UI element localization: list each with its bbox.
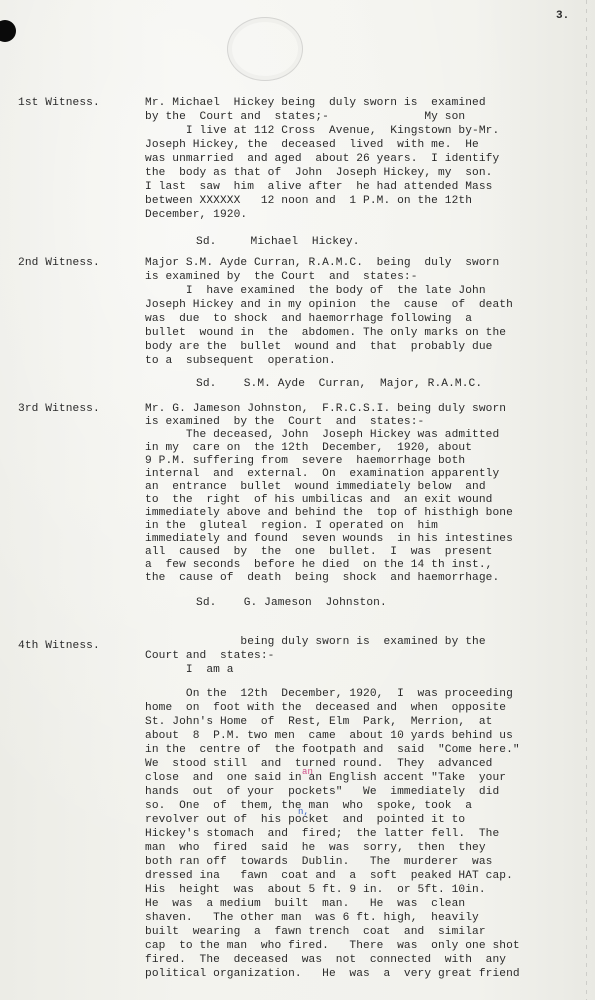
- text-line: to the right of his umbilicas and an exi…: [145, 494, 493, 507]
- text-line: immediately and found seven wounds in hi…: [145, 533, 513, 546]
- text-line: is examined by the Court and states:-: [145, 271, 418, 284]
- text-line: built wearing a fawn trench coat and sim…: [145, 926, 486, 939]
- red-handwritten-correction: an: [302, 766, 313, 779]
- text-line: in the gluteal region. I operated on him: [145, 520, 438, 533]
- text-line: Joseph Hickey and in my opinion the caus…: [145, 299, 513, 312]
- witness-label: 2nd Witness.: [18, 257, 100, 270]
- text-line: His height was about 5 ft. 9 in. or 5ft.…: [145, 884, 486, 897]
- text-line: I am a: [145, 664, 234, 677]
- text-line: Mr. G. Jameson Johnston, F.R.C.S.I. bein…: [145, 403, 506, 416]
- text-line: We stood still and turned round. They ad…: [145, 758, 493, 771]
- text-line: 9 P.M. suffering from severe haemorrhage…: [145, 455, 465, 468]
- text-line: The deceased, John Joseph Hickey was adm…: [145, 429, 499, 442]
- text-line: between XXXXXX 12 noon and 1 P.M. on the…: [145, 195, 472, 208]
- text-line: cap to the man who fired. There was only…: [145, 940, 520, 953]
- text-line: was unmarried and aged about 26 years. I…: [145, 153, 499, 166]
- text-line: Joseph Hickey, the deceased lived with m…: [145, 139, 479, 152]
- text-line: the body as that of John Joseph Hickey, …: [145, 167, 493, 180]
- witness-label: 3rd Witness.: [18, 403, 100, 416]
- witness-label: 4th Witness.: [18, 640, 100, 653]
- text-line: political organization. He was a very gr…: [145, 968, 520, 981]
- witness-label: 1st Witness.: [18, 97, 100, 110]
- text-line: On the 12th December, 1920, I was procee…: [145, 688, 513, 701]
- text-line: in my care on the 12th December, 1920, a…: [145, 442, 472, 455]
- text-line: by the Court and states;- My son: [145, 111, 465, 124]
- text-line: hands out of your pockets" We immediatel…: [145, 786, 499, 799]
- text-line: internal and external. On examination ap…: [145, 468, 499, 481]
- page-number: 3.: [556, 10, 569, 22]
- text-line: I last saw him alive after he had attend…: [145, 181, 493, 194]
- text-line: St. John's Home of Rest, Elm Park, Merri…: [145, 716, 493, 729]
- text-line: bullet wound in the abdomen. The only ma…: [145, 327, 506, 340]
- signature-line: Sd. S.M. Ayde Curran, Major, R.A.M.C.: [196, 378, 482, 391]
- text-line: December, 1920.: [145, 209, 247, 222]
- text-line: a few seconds before he died on the 14 t…: [145, 559, 493, 572]
- embossed-stamp: [227, 17, 303, 81]
- text-line: is examined by the Court and states:-: [145, 416, 424, 429]
- text-line: dressed ina fawn coat and a soft peaked …: [145, 870, 513, 883]
- text-line: all caused by the one bullet. I was pres…: [145, 546, 493, 559]
- text-line: He was a medium built man. He was clean: [145, 898, 465, 911]
- text-line: Court and states:-: [145, 650, 274, 663]
- signature-line: Sd. Michael Hickey.: [196, 236, 360, 249]
- text-line: to a subsequent operation.: [145, 355, 336, 368]
- text-line: fired. The deceased was not connected wi…: [145, 954, 506, 967]
- text-line: in the centre of the footpath and said "…: [145, 744, 520, 757]
- text-line: shaven. The other man was 6 ft. high, he…: [145, 912, 479, 925]
- text-line: being duly sworn is examined by the: [145, 636, 486, 649]
- text-line: about 8 P.M. two men came about 10 yards…: [145, 730, 513, 743]
- text-line: the cause of death being shock and haemo…: [145, 572, 499, 585]
- text-line: home on foot with the deceased and when …: [145, 702, 506, 715]
- margin-rule: [586, 0, 587, 1000]
- text-line: immediately above and behind the top of …: [145, 507, 513, 520]
- text-line: Mr. Michael Hickey being duly sworn is e…: [145, 97, 486, 110]
- text-line: Major S.M. Ayde Curran, R.A.M.C. being d…: [145, 257, 499, 270]
- text-line: an entrance bullet wound immediately bel…: [145, 481, 486, 494]
- text-line: close and one said in an English accent …: [145, 772, 506, 785]
- blue-handwritten-correction: n,: [298, 806, 309, 819]
- text-line: both ran off towards Dublin. The murdere…: [145, 856, 493, 869]
- text-line: was due to shock and haemorrhage followi…: [145, 313, 472, 326]
- signature-line: Sd. G. Jameson Johnston.: [196, 597, 387, 610]
- text-line: I have examined the body of the late Joh…: [145, 285, 486, 298]
- text-line: Hickey's stomach and fired; the latter f…: [145, 828, 499, 841]
- text-line: man who fired said he was sorry, then th…: [145, 842, 486, 855]
- text-line: I live at 112 Cross Avenue, Kingstown by…: [145, 125, 499, 138]
- text-line: body are the bullet wound and that proba…: [145, 341, 493, 354]
